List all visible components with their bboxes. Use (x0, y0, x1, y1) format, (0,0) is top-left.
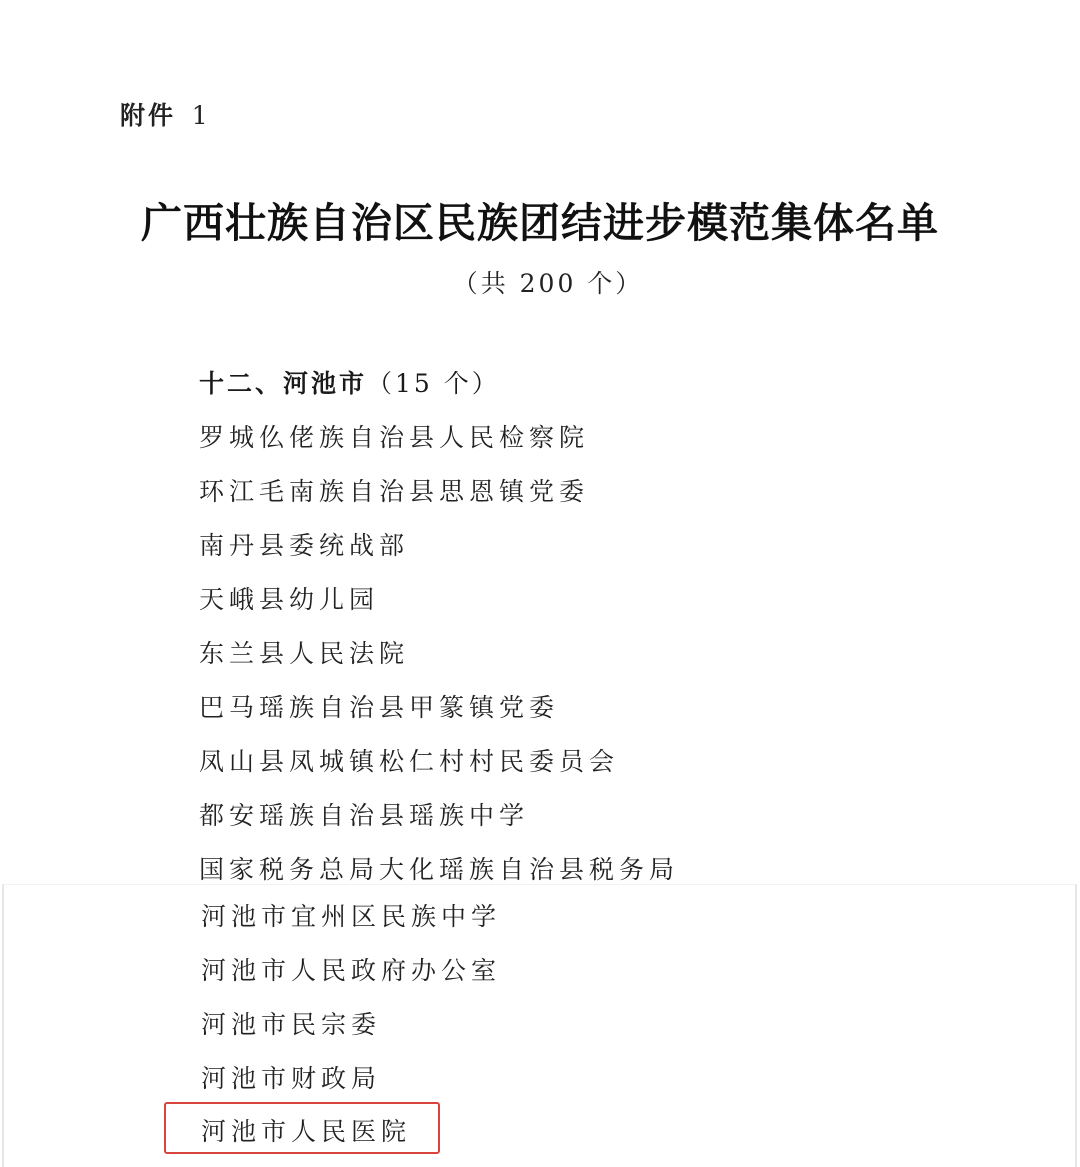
section-heading: 十二、河池市（15 个） (199, 364, 500, 400)
list-item: 凤山县凤城镇松仁村村民委员会 (199, 742, 619, 778)
list-item: 罗城仫佬族自治县人民检察院 (199, 418, 589, 454)
list-item: 河池市人民政府办公室 (201, 951, 501, 987)
document-subtitle: （共 200 个） (0, 264, 1080, 300)
list-item: 国家税务总局大化瑶族自治县税务局 (199, 850, 679, 886)
attachment-label: 附件 1 (120, 96, 211, 132)
list-item: 河池市宜州区民族中学 (201, 897, 501, 933)
section-count: （15 个） (367, 369, 500, 398)
attachment-label-text: 附件 (120, 101, 176, 130)
section-heading-text: 十二、河池市 (199, 369, 367, 398)
list-item: 都安瑶族自治县瑶族中学 (199, 796, 529, 832)
attachment-number: 1 (192, 101, 211, 130)
list-item: 河池市民宗委 (201, 1005, 381, 1041)
list-item: 巴马瑶族自治县甲篆镇党委 (199, 688, 559, 724)
red-highlight-box (164, 1102, 440, 1154)
document-page: 附件 1 广西壮族自治区民族团结进步模范集体名单 （共 200 个） 十二、河池… (0, 0, 1080, 1167)
list-item: 东兰县人民法院 (199, 634, 409, 670)
list-item: 天峨县幼儿园 (199, 580, 379, 616)
list-item: 河池市财政局 (201, 1059, 381, 1095)
list-item: 环江毛南族自治县思恩镇党委 (199, 472, 589, 508)
document-title: 广西壮族自治区民族团结进步模范集体名单 (0, 190, 1080, 249)
list-item: 南丹县委统战部 (199, 526, 409, 562)
